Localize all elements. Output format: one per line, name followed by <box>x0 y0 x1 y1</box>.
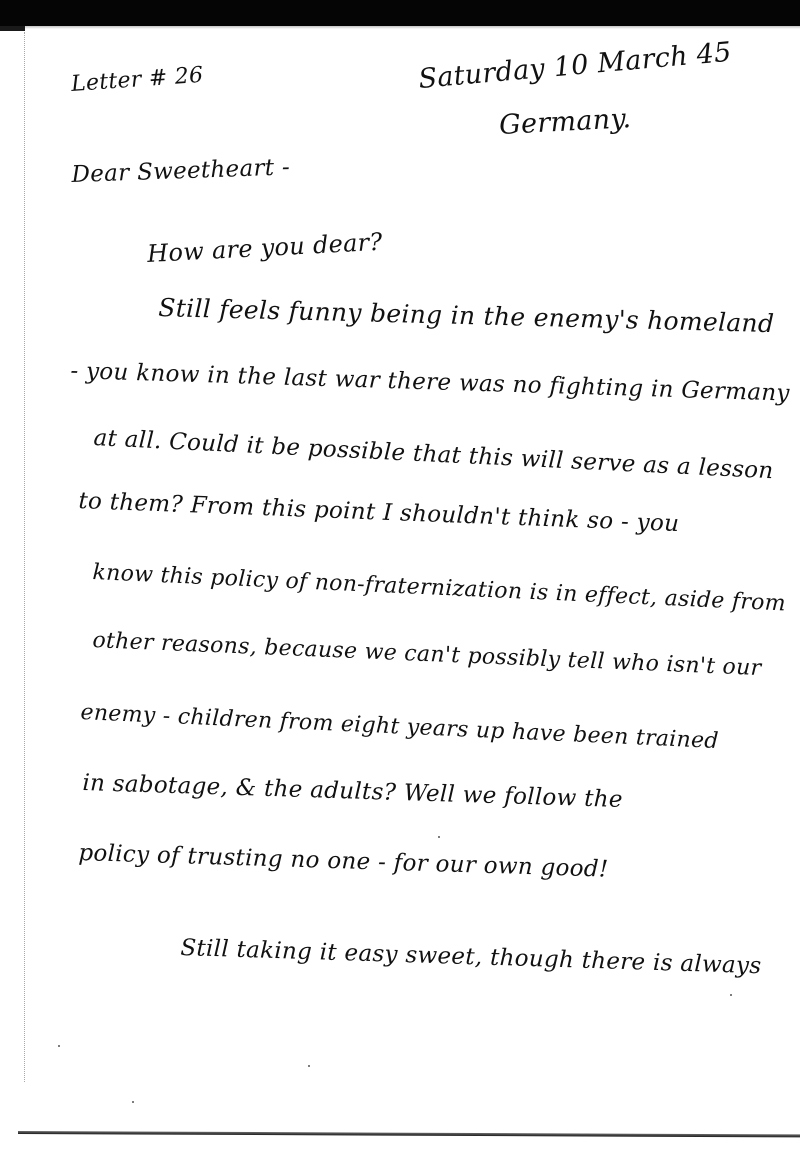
scan-speck <box>308 1065 310 1067</box>
letter-place: Germany. <box>498 103 632 141</box>
page-left-margin <box>24 32 25 1082</box>
body-line: Still taking it easy sweet, though there… <box>180 935 762 979</box>
scan-top-band <box>0 0 800 26</box>
body-line: policy of trusting no one - for our own … <box>78 840 609 883</box>
scan-speck <box>58 1045 60 1047</box>
scan-bottom-edge <box>18 1131 800 1137</box>
salutation: Dear Sweetheart - <box>71 154 290 188</box>
letter-date: Saturday 10 March 45 <box>417 37 733 95</box>
body-line: other reasons, because we can't possibly… <box>92 628 762 681</box>
letter-page: Letter # 26 Saturday 10 March 45 Germany… <box>0 0 800 1157</box>
body-line: know this policy of non-fraternization i… <box>92 560 786 616</box>
scan-top-band-shadow <box>25 26 800 29</box>
body-line: at all. Could it be possible that this w… <box>93 425 774 484</box>
body-line: in sabotage, & the adults? Well we follo… <box>82 770 623 813</box>
letter-number: Letter # 26 <box>70 63 204 97</box>
scan-top-band-edge <box>0 26 25 31</box>
scan-speck <box>438 836 440 838</box>
body-line: How are you dear? <box>147 228 384 268</box>
body-line: enemy - children from eight years up hav… <box>80 700 719 754</box>
body-line: to them? From this point I shouldn't thi… <box>78 488 680 537</box>
scan-speck <box>132 1101 134 1103</box>
scan-speck <box>730 994 732 996</box>
body-line: Still feels funny being in the enemy's h… <box>158 293 775 338</box>
body-line: - you know in the last war there was no … <box>70 358 790 407</box>
